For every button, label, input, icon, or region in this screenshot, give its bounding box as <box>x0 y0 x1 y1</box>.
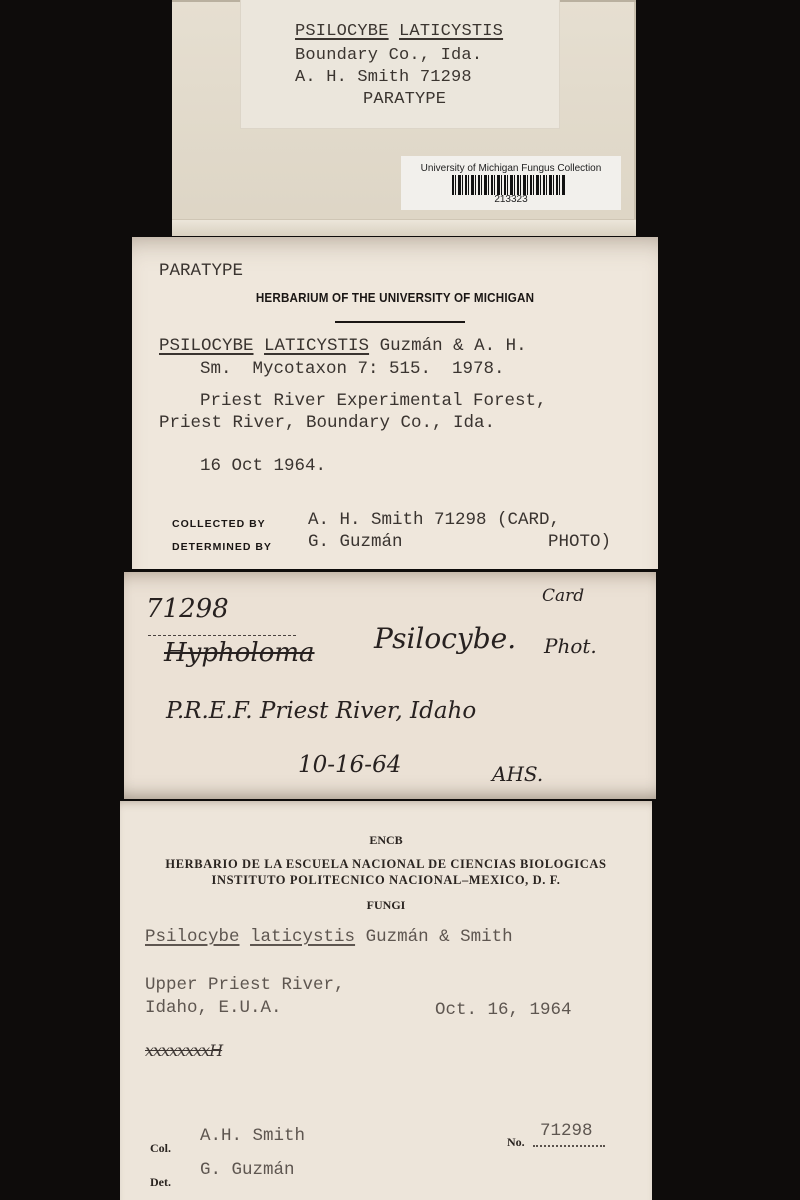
barcode-icon <box>452 175 566 195</box>
box-locality: Boundary Co., Ida. <box>295 46 482 65</box>
determiner: G. Guzmán <box>200 1160 295 1180</box>
field-number: 71298 <box>146 594 229 624</box>
barcode-label: University of Michigan Fungus Collection… <box>401 156 621 210</box>
collected-by-label: COLLECTED BY <box>172 518 266 530</box>
institution-line-1: HERBARIO DE LA ESCUELA NACIONAL DE CIENC… <box>120 857 652 872</box>
barcode-title: University of Michigan Fungus Collection <box>401 163 621 174</box>
institution-line-2: INSTITUTO POLITECNICO NACIONAL–MEXICO, D… <box>120 873 652 888</box>
genus: Psilocybe <box>145 927 240 947</box>
taxon-line: PSILOCYBE LATICYSTIS Guzmán & A. H. <box>159 336 527 356</box>
encb-herbarium-card: ENCB HERBARIO DE LA ESCUELA NACIONAL DE … <box>120 801 652 1200</box>
collector: A. H. Smith 71298 (CARD, <box>308 510 560 530</box>
collector-initials: AHS. <box>492 762 543 786</box>
photo-note: PHOTO) <box>548 532 611 552</box>
handwritten-locality: P.R.E.F. Priest River, Idaho <box>166 698 476 724</box>
fungi-category: FUNGI <box>120 898 652 913</box>
handwritten-genus: Psilocybe. <box>374 622 516 655</box>
box-species: LATICYSTIS <box>399 22 503 41</box>
species: laticystis <box>250 927 355 947</box>
dashed-rule <box>148 635 296 636</box>
herbarium-heading: HERBARIUM OF THE UNIVERSITY OF MICHIGAN <box>150 291 639 305</box>
status-badge: PARATYPE <box>159 261 243 281</box>
authors: Guzmán & Smith <box>366 927 513 947</box>
box-edge <box>172 219 636 236</box>
authors: Guzmán & A. H. <box>380 336 527 356</box>
barcode-number: 213323 <box>401 194 621 205</box>
species: LATICYSTIS <box>264 336 369 356</box>
taxon-line: Psilocybe laticystis Guzmán & Smith <box>145 927 513 947</box>
photo-note: Phot. <box>544 634 597 658</box>
specimen-box: PSILOCYBE LATICYSTIS Boundary Co., Ida. … <box>172 0 636 236</box>
locality-line-2: Priest River, Boundary Co., Ida. <box>159 413 495 433</box>
determined-by-label: DETERMINED BY <box>172 541 272 553</box>
card-note: Card <box>542 586 584 606</box>
struck-text: xxxxxxxxH <box>145 1041 222 1060</box>
locality-line-1: Upper Priest River, <box>145 975 345 995</box>
struck-genus: Hypholoma <box>164 638 315 668</box>
locality-line-1: Priest River Experimental Forest, <box>200 391 547 411</box>
heading-rule <box>335 321 465 323</box>
genus: PSILOCYBE <box>159 336 254 356</box>
det-label: Det. <box>150 1175 171 1190</box>
handwritten-date: 10-16-64 <box>298 752 401 778</box>
michigan-herbarium-card: PARATYPE HERBARIUM OF THE UNIVERSITY OF … <box>132 237 658 569</box>
box-collector: A. H. Smith 71298 <box>295 68 472 87</box>
no-label: No. <box>507 1135 525 1150</box>
handwritten-field-note: 71298 Card Hypholoma Psilocybe. Phot. P.… <box>124 572 656 799</box>
number-dotted-line <box>533 1145 605 1147</box>
determiner: G. Guzmán <box>308 532 403 552</box>
locality-line-2: Idaho, E.U.A. <box>145 998 282 1018</box>
box-label: PSILOCYBE LATICYSTIS Boundary Co., Ida. … <box>241 0 559 128</box>
collection-date: Oct. 16, 1964 <box>435 1000 572 1020</box>
box-status: PARATYPE <box>363 90 446 109</box>
specimen-number: 71298 <box>540 1121 593 1141</box>
collection-date: 16 Oct 1964. <box>200 456 326 476</box>
encb-code: ENCB <box>120 833 652 848</box>
collector: A.H. Smith <box>200 1126 305 1146</box>
col-label: Col. <box>150 1141 171 1156</box>
box-genus: PSILOCYBE <box>295 22 389 41</box>
citation: Sm. Mycotaxon 7: 515. 1978. <box>200 359 505 379</box>
